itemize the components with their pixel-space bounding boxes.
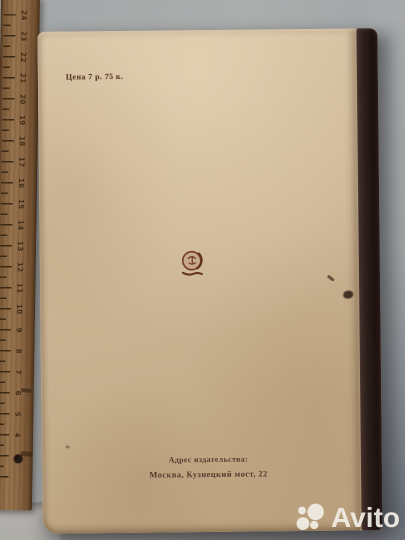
- ruler-half-cm-ticks: [0, 14, 11, 486]
- address-heading: Адрес издательства:: [56, 453, 361, 465]
- ruler-number: 7: [11, 365, 25, 379]
- publisher-address: Адрес издательства: Москва, Кузнецкий мо…: [56, 453, 361, 480]
- photo-scene: 242322212019181716151413121110987654 Цен…: [0, 0, 405, 540]
- address-line: Москва, Кузнецкий мост, 22: [56, 467, 361, 480]
- avito-watermark: Avito: [294, 503, 400, 533]
- scratch-mark: [327, 275, 335, 282]
- ruler-number: 19: [15, 113, 29, 127]
- ruler-number: 4: [10, 428, 24, 442]
- ruler-number: 9: [12, 323, 26, 337]
- ruler-number: 23: [16, 29, 30, 43]
- ruler-number: 8: [11, 344, 25, 358]
- ruler-number: 10: [12, 302, 26, 316]
- ruler-number: 17: [14, 155, 28, 169]
- price-label: Цена 7 р. 75 к.: [66, 72, 124, 82]
- ruler-number: 22: [16, 50, 30, 64]
- ruler-number: 13: [13, 239, 27, 253]
- ruler-number: 12: [13, 260, 27, 274]
- cover-paper: Цена 7 р. 75 к. Адрес издательства: Моск…: [37, 28, 361, 533]
- ruler-number: 16: [14, 176, 28, 190]
- ruler-number: 14: [13, 218, 27, 232]
- ruler-number: 5: [10, 407, 24, 421]
- book-back-cover: Цена 7 р. 75 к. Адрес издательства: Моск…: [37, 28, 382, 534]
- avito-dots-logo-icon: [294, 503, 326, 533]
- publisher-emblem-icon: [179, 248, 206, 279]
- ruler-stamp-mark: [21, 451, 33, 457]
- speck-mark: [66, 445, 70, 448]
- wooden-ruler: 242322212019181716151413121110987654: [0, 0, 40, 511]
- ruler-stamp-mark: [21, 388, 32, 393]
- ruler-number: 20: [15, 92, 29, 106]
- ruler-number: 15: [14, 197, 28, 211]
- ink-stain: [343, 291, 353, 299]
- avito-brand-text: Avito: [331, 504, 400, 532]
- ruler-number: 24: [17, 8, 31, 22]
- ruler-number: 18: [15, 134, 29, 148]
- ruler-number: 21: [16, 71, 30, 85]
- ruler-number: 11: [12, 281, 26, 295]
